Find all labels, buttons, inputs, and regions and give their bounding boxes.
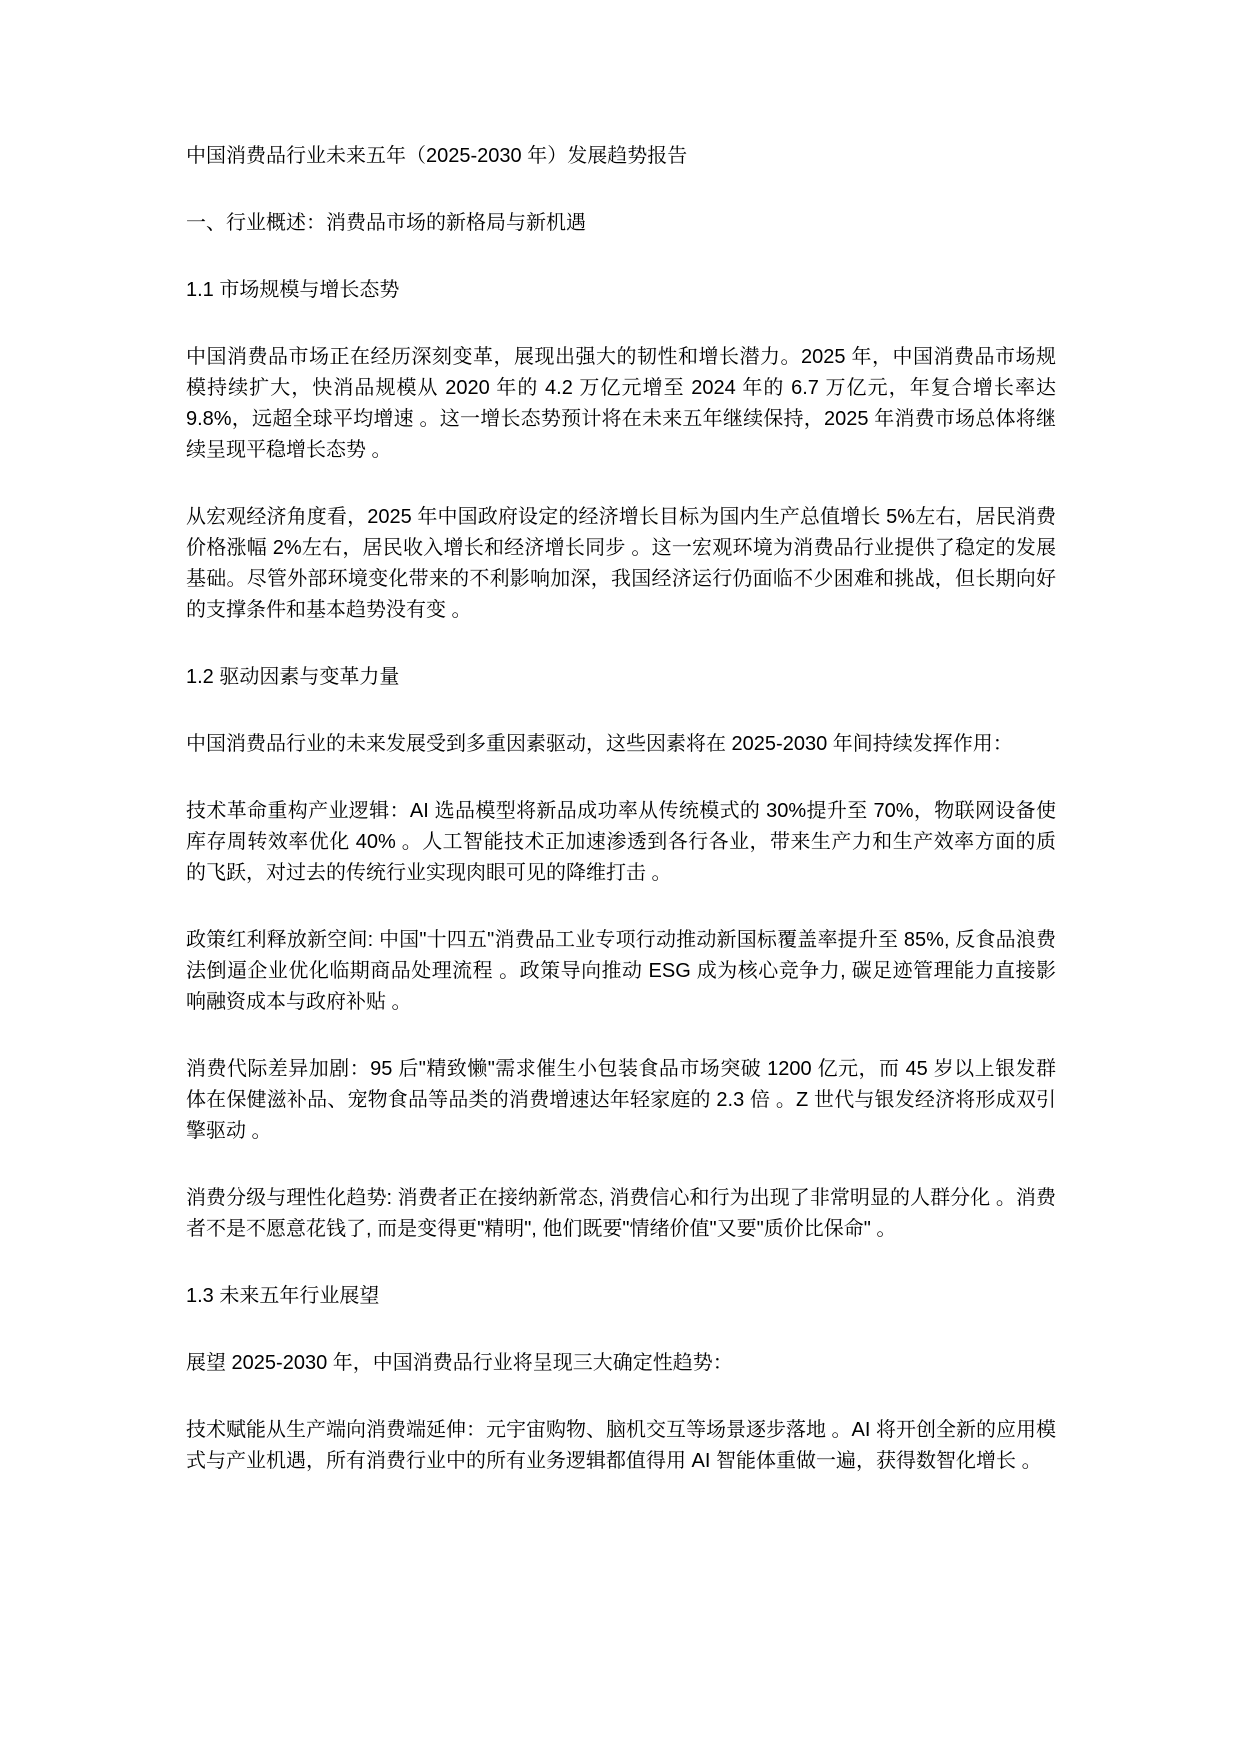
paragraph-drivers-intro: 中国消费品行业的未来发展受到多重因素驱动，这些因素将在 2025-2030 年间… [186, 729, 1056, 760]
paragraph-generation-gap: 消费代际差异加剧：95 后"精致懒"需求催生小包装食品市场突破 1200 亿元，… [186, 1054, 1056, 1147]
paragraph-outlook-intro: 展望 2025-2030 年，中国消费品行业将呈现三大确定性趋势： [186, 1348, 1056, 1379]
paragraph-policy-dividend: 政策红利释放新空间: 中国"十四五"消费品工业专项行动推动新国标覆盖率提升至 8… [186, 925, 1056, 1018]
paragraph-market-scale: 中国消费品市场正在经历深刻变革，展现出强大的韧性和增长潜力。2025 年，中国消… [186, 342, 1056, 466]
paragraph-tech-extend: 技术赋能从生产端向消费端延伸：元宇宙购物、脑机交互等场景逐步落地 。AI 将开创… [186, 1415, 1056, 1477]
paragraph-rational-consumption: 消费分级与理性化趋势: 消费者正在接纳新常态, 消费信心和行为出现了非常明显的人… [186, 1183, 1056, 1245]
document-title: 中国消费品行业未来五年（2025-2030 年）发展趋势报告 [186, 141, 1056, 172]
paragraph-macro-economy: 从宏观经济角度看，2025 年中国政府设定的经济增长目标为国内生产总值增长 5%… [186, 502, 1056, 626]
paragraph-tech-revolution: 技术革命重构产业逻辑：AI 选品模型将新品成功率从传统模式的 30%提升至 70… [186, 796, 1056, 889]
subsection-heading-1-2: 1.2 驱动因素与变革力量 [186, 662, 1056, 693]
document-page: 中国消费品行业未来五年（2025-2030 年）发展趋势报告 一、行业概述：消费… [0, 0, 1240, 1752]
subsection-heading-1-3: 1.3 未来五年行业展望 [186, 1281, 1056, 1312]
subsection-heading-1-1: 1.1 市场规模与增长态势 [186, 275, 1056, 306]
section-heading-overview: 一、行业概述：消费品市场的新格局与新机遇 [186, 208, 1056, 239]
